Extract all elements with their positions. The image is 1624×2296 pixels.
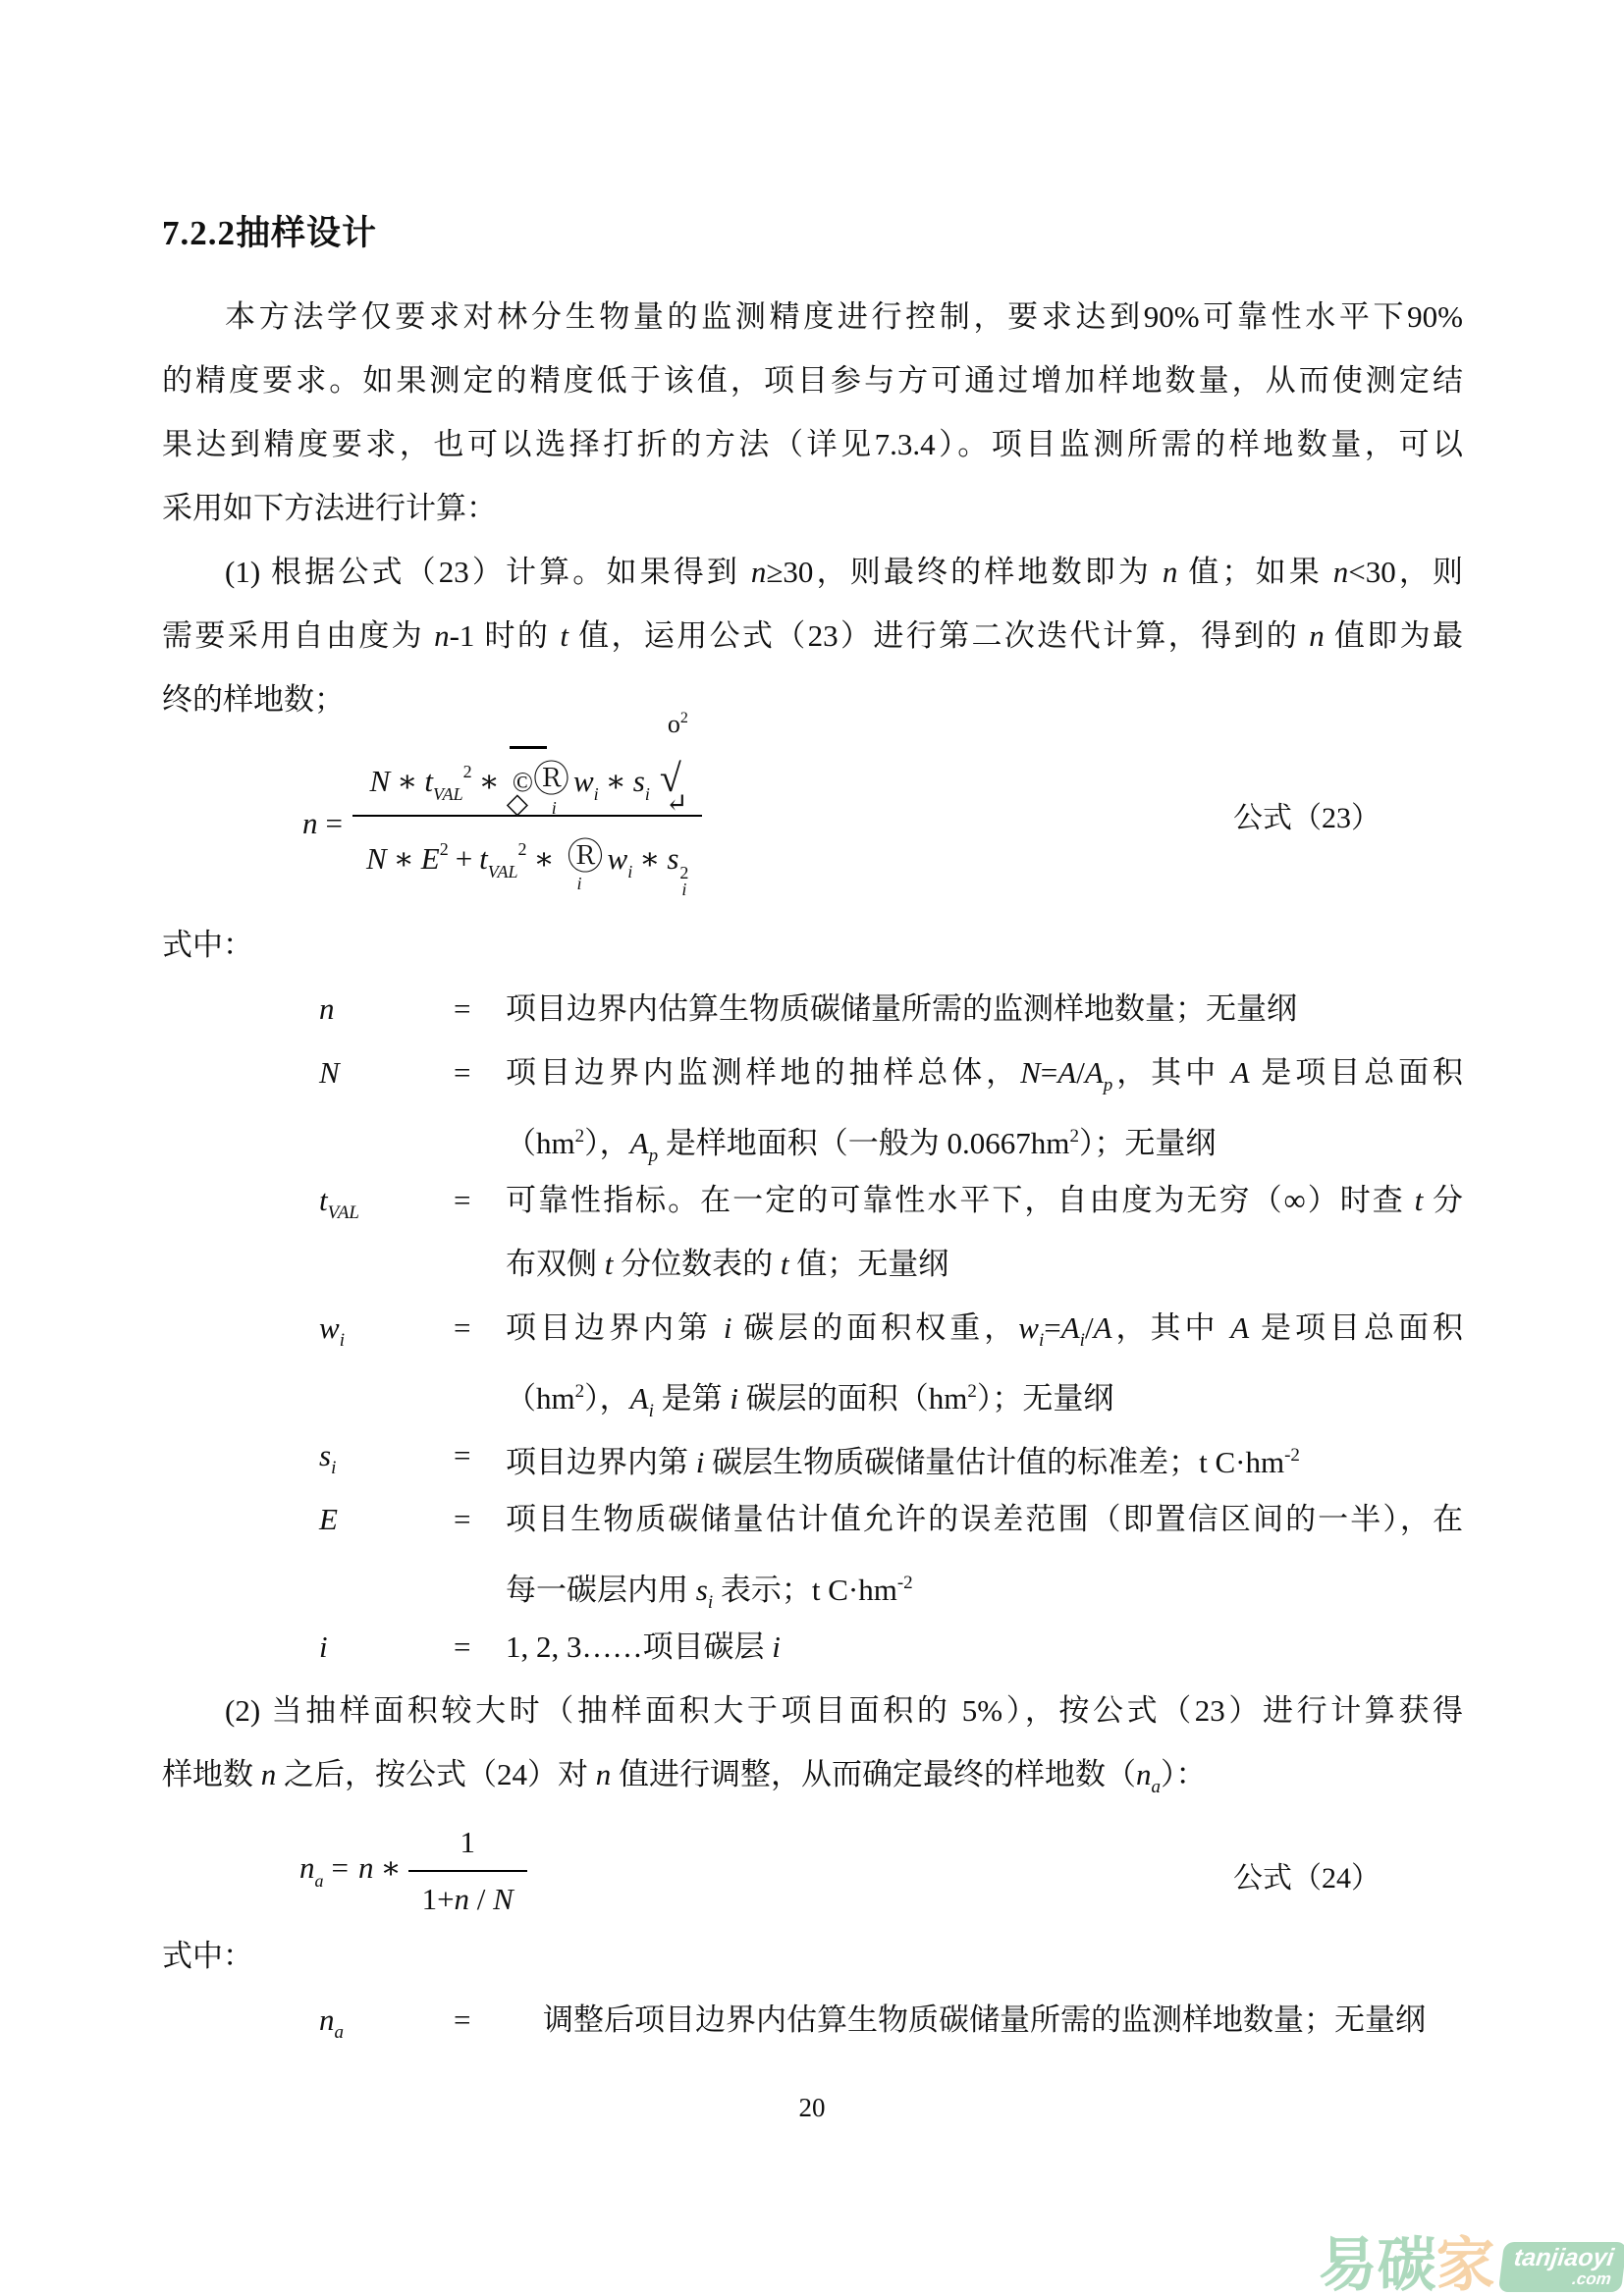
text-segment: 碳层的面积权重，: [731, 1310, 1018, 1345]
text-segment: ），: [584, 1381, 630, 1415]
text-segment: A: [630, 1126, 649, 1160]
formula-23-numerator: N∗tVAL2∗©Ⓡ◇iwi∗sio2√↵: [352, 747, 702, 815]
equals-sign: =: [454, 1423, 506, 1487]
text-segment: A: [630, 1381, 649, 1415]
text-line: 项目边界内第 i 碳层生物质碳储量估计值的标准差；t C·hm-2: [506, 1423, 1463, 1487]
overline-mark: [510, 746, 547, 749]
text-segment: i: [319, 1629, 328, 1664]
where-label: 式中：: [162, 913, 1463, 977]
text-line: 样地数 n 之后，按公式（24）对 n 值进行调整，从而确定最终的样地数（na）…: [162, 1742, 1463, 1806]
text-segment: 样地数: [162, 1757, 261, 1791]
text-segment: ，其中: [1112, 1310, 1231, 1345]
text-segment: i: [772, 1629, 781, 1664]
text-line: 终的样地数；: [162, 667, 1463, 731]
text-segment: 项目边界内估算生物质碳储量所需的监测样地数量；无量纲: [506, 991, 1297, 1026]
text-segment: 调整后项目边界内估算生物质碳储量所需的监测样地数量；无量纲: [543, 2002, 1426, 2037]
text-segment: 需要采用自由度为: [162, 618, 434, 653]
text-line: （hm2），Ai 是第 i 碳层的面积（hm2）；无量纲: [506, 1360, 1463, 1423]
text-segment: N: [1020, 1055, 1041, 1090]
text-segment: t: [319, 1183, 328, 1217]
text-segment: n: [1333, 555, 1349, 589]
text-segment: ）：: [1161, 1757, 1207, 1791]
text-segment: ）；无量纲: [977, 1381, 1114, 1415]
text-segment: =: [1041, 1055, 1057, 1090]
body-text-block-3: 式中： na=调整后项目边界内估算生物质碳储量所需的监测样地数量；无量纲: [162, 1924, 1463, 2052]
text-line: 每一碳层内用 si 表示；t C·hm-2: [506, 1551, 1463, 1615]
text-segment: 值进行调整，从而确定最终的样地数（: [611, 1757, 1136, 1791]
text-segment: a: [335, 2022, 345, 2043]
watermark-logo: 易 碳 家 tanjiaoyi .com: [1319, 2237, 1624, 2294]
text-line: 项目边界内监测样地的抽样总体，N=A/Ap，其中 A 是项目总面积: [506, 1041, 1463, 1104]
text-segment: <30，则: [1348, 555, 1463, 589]
paragraph-step2: (2) 当抽样面积较大时（抽样面积大于项目面积的 5%），按公式（23）进行计算…: [162, 1679, 1463, 1806]
text-segment: 2: [575, 1381, 585, 1402]
text-segment: s: [319, 1438, 331, 1472]
text-segment: （hm: [506, 1126, 575, 1160]
text-line: 项目边界内估算生物质碳储量所需的监测样地数量；无量纲: [506, 977, 1463, 1041]
text-segment: i: [340, 1330, 345, 1351]
text-segment: A: [1230, 1310, 1249, 1345]
text-line: （hm2），Ap 是样地面积（一般为 0.0667hm2）；无量纲: [506, 1104, 1463, 1168]
text-segment: 碳层生物质碳储量估计值的标准差；t C·hm: [704, 1445, 1284, 1479]
text-segment: (1) 根据公式（23）计算。如果得到: [225, 555, 751, 589]
text-segment: A: [1094, 1310, 1112, 1345]
definition-term: n: [162, 977, 454, 1041]
text-line: 布双侧 t 分位数表的 t 值；无量纲: [506, 1232, 1463, 1296]
formula-23-block: n= N∗tVAL2∗©Ⓡ◇iwi∗sio2√↵ N∗E2+tVAL2∗Ⓡiwi…: [0, 736, 1624, 923]
text-segment: 本方法学仅要求对林分生物量的监测精度进行控制，要求达到90%可靠性水平下90%: [225, 299, 1463, 334]
definition-row: wi=项目边界内第 i 碳层的面积权重，wi=Ai/A，其中 A 是项目总面积（…: [162, 1296, 1463, 1423]
text-segment: 果达到精度要求，也可以选择打折的方法（详见7.3.4）。项目监测所需的样地数量，…: [162, 427, 1463, 461]
document-page: 7.2.2抽样设计 本方法学仅要求对林分生物量的监测精度进行控制，要求达到90%…: [0, 0, 1624, 2296]
text-line: (1) 根据公式（23）计算。如果得到 n≥30，则最终的样地数即为 n 值；如…: [162, 540, 1463, 604]
definition-description: 项目生物质碳储量估计值允许的误差范围（即置信区间的一半），在每一碳层内用 si …: [506, 1487, 1463, 1615]
text-segment: 表示；t C·hm: [713, 1573, 897, 1607]
text-line: 项目生物质碳储量估计值允许的误差范围（即置信区间的一半），在: [506, 1487, 1463, 1551]
where-label: 式中：: [162, 1924, 1463, 1988]
text-line: 项目边界内第 i 碳层的面积权重，wi=Ai/A，其中 A 是项目总面积: [506, 1296, 1463, 1360]
text-line: 需要采用自由度为 n-1 时的 t 值，运用公式（23）进行第二次迭代计算，得到…: [162, 604, 1463, 667]
text-segment: 值，运用公式（23）进行第二次迭代计算，得到的: [568, 618, 1309, 653]
text-segment: 2: [575, 1126, 585, 1147]
text-segment: t: [781, 1247, 789, 1281]
text-segment: A: [1231, 1055, 1250, 1090]
text-segment: n: [1309, 618, 1325, 653]
text-segment: w: [1018, 1310, 1039, 1345]
equals-sign: =: [454, 1487, 506, 1551]
definition-term: si: [162, 1423, 454, 1487]
text-line: 调整后项目边界内估算生物质碳储量所需的监测样地数量；无量纲: [506, 1988, 1463, 2052]
text-segment: 2: [967, 1381, 977, 1402]
text-segment: t: [560, 618, 568, 653]
definition-row: n=项目边界内估算生物质碳储量所需的监测样地数量；无量纲: [162, 977, 1463, 1041]
text-segment: s: [696, 1573, 708, 1607]
definition-description: 项目边界内估算生物质碳储量所需的监测样地数量；无量纲: [506, 977, 1463, 1041]
definition-term: tVAL: [162, 1168, 454, 1232]
definition-description: 调整后项目边界内估算生物质碳储量所需的监测样地数量；无量纲: [506, 1988, 1463, 2052]
text-segment: ），: [584, 1126, 630, 1160]
text-line: 可靠性指标。在一定的可靠性水平下，自由度为无穷（∞）时查 t 分: [506, 1168, 1463, 1232]
text-segment: E: [319, 1502, 338, 1536]
formula-24-fraction: 1 1+n / N: [408, 1823, 527, 1919]
paragraph-step1: (1) 根据公式（23）计算。如果得到 n≥30，则最终的样地数即为 n 值；如…: [162, 540, 1463, 731]
definition-description: 项目边界内第 i 碳层的面积权重，wi=Ai/A，其中 A 是项目总面积（hm2…: [506, 1296, 1463, 1423]
text-segment: ≥30，则最终的样地数即为: [766, 555, 1162, 589]
text-segment: 值即为最: [1325, 618, 1463, 653]
text-segment: -1 时的: [450, 618, 561, 653]
text-segment: 是项目总面积: [1249, 1310, 1463, 1345]
paragraph-intro: 本方法学仅要求对林分生物量的监测精度进行控制，要求达到90%可靠性水平下90%的…: [162, 285, 1463, 540]
text-segment: 是项目总面积: [1250, 1055, 1463, 1090]
text-segment: a: [1152, 1777, 1162, 1797]
equals-sign: =: [454, 1615, 506, 1679]
formula-23-lhs: n=: [302, 806, 352, 841]
equals-sign: =: [454, 977, 506, 1041]
text-segment: 分位数表的: [613, 1247, 781, 1281]
definition-description: 项目边界内监测样地的抽样总体，N=A/Ap，其中 A 是项目总面积（hm2），A…: [506, 1041, 1463, 1168]
text-segment: -2: [897, 1573, 913, 1593]
text-segment: A: [1061, 1310, 1080, 1345]
text-segment: p: [649, 1146, 659, 1166]
definition-term: na: [162, 1988, 454, 2052]
text-segment: w: [319, 1310, 340, 1345]
text-segment: ）；无量纲: [1079, 1126, 1217, 1160]
text-segment: n: [596, 1757, 612, 1791]
watermark-char-tan: 碳: [1378, 2237, 1436, 2294]
equals-sign: =: [454, 1296, 506, 1360]
text-segment: t: [1415, 1183, 1424, 1217]
text-segment: VAL: [328, 1202, 359, 1223]
equals-sign: =: [454, 1168, 506, 1232]
text-segment: n: [1163, 555, 1178, 589]
text-segment: 终的样地数；: [162, 682, 345, 717]
text-segment: (2) 当抽样面积较大时（抽样面积大于项目面积的 5%），按公式（23）进行计算…: [225, 1693, 1463, 1728]
text-segment: N: [319, 1055, 340, 1090]
definition-description: 可靠性指标。在一定的可靠性水平下，自由度为无穷（∞）时查 t 分布双侧 t 分位…: [506, 1168, 1463, 1296]
definition-row: N=项目边界内监测样地的抽样总体，N=A/Ap，其中 A 是项目总面积（hm2）…: [162, 1041, 1463, 1168]
text-segment: 分: [1423, 1183, 1463, 1217]
text-line: 采用如下方法进行计算：: [162, 476, 1463, 540]
text-line: 本方法学仅要求对林分生物量的监测精度进行控制，要求达到90%可靠性水平下90%: [162, 285, 1463, 348]
equals-sign: =: [454, 1041, 506, 1104]
definition-row: si=项目边界内第 i 碳层生物质碳储量估计值的标准差；t C·hm-2: [162, 1423, 1463, 1487]
definition-list-2: na=调整后项目边界内估算生物质碳储量所需的监测样地数量；无量纲: [162, 1988, 1463, 2052]
text-segment: 是第: [654, 1381, 731, 1415]
text-line: 1, 2, 3……项目碳层 i: [506, 1615, 1463, 1679]
text-segment: A: [1085, 1055, 1104, 1090]
formula-24-lhs: na=n∗: [299, 1850, 408, 1892]
text-segment: /: [1085, 1310, 1094, 1345]
text-segment: 值；无量纲: [789, 1247, 949, 1281]
formula-23: n= N∗tVAL2∗©Ⓡ◇iwi∗sio2√↵ N∗E2+tVAL2∗Ⓡiwi…: [302, 736, 702, 911]
definition-row: tVAL=可靠性指标。在一定的可靠性水平下，自由度为无穷（∞）时查 t 分布双侧…: [162, 1168, 1463, 1296]
definition-term: E: [162, 1487, 454, 1551]
text-segment: n: [319, 2002, 335, 2037]
garbled-sum-icon: ©Ⓡ◇i: [513, 749, 569, 802]
page-number: 20: [0, 2093, 1624, 2123]
formula-24-label: 公式（24）: [1233, 1853, 1380, 1896]
text-segment: n: [434, 618, 450, 653]
text-segment: 布双侧: [506, 1247, 605, 1281]
text-segment: 是样地面积（一般为 0.0667hm: [658, 1126, 1069, 1160]
definition-term: i: [162, 1615, 454, 1679]
body-text-block-2: 式中： n=项目边界内估算生物质碳储量所需的监测样地数量；无量纲N=项目边界内监…: [162, 913, 1463, 1806]
text-segment: 可靠性指标。在一定的可靠性水平下，自由度为无穷（∞）时查: [506, 1183, 1415, 1217]
formula-24-block: na=n∗ 1 1+n / N 公式（24）: [0, 1814, 1624, 1932]
text-segment: 之后，按公式（24）对: [276, 1757, 596, 1791]
text-segment: -2: [1284, 1445, 1300, 1466]
watermark-domain-top: tanjiaoyi: [1512, 2245, 1615, 2270]
definition-row: E=项目生物质碳储量估计值允许的误差范围（即置信区间的一半），在每一碳层内用 s…: [162, 1487, 1463, 1615]
text-segment: 采用如下方法进行计算：: [162, 491, 497, 525]
section-heading: 7.2.2抽样设计: [162, 206, 377, 255]
formula-24-denominator: 1+n / N: [408, 1870, 527, 1919]
text-segment: A: [1057, 1055, 1076, 1090]
garbled-sum-icon: Ⓡi: [568, 827, 604, 880]
definition-term: N: [162, 1041, 454, 1104]
formula-24-numerator: 1: [408, 1823, 527, 1870]
text-segment: i: [331, 1458, 336, 1478]
text-segment: =: [1044, 1310, 1060, 1345]
text-segment: n: [319, 991, 335, 1026]
text-line: 的精度要求。如果测定的精度低于该值，项目参与方可通过增加样地数量，从而使测定结: [162, 348, 1463, 412]
text-segment: （hm: [506, 1381, 575, 1415]
text-segment: 每一碳层内用: [506, 1573, 696, 1607]
watermark-char-jia: 家: [1436, 2237, 1495, 2294]
formula-23-label: 公式（23）: [1233, 793, 1380, 836]
garbled-root-icon: o2√↵: [656, 755, 685, 801]
text-line: (2) 当抽样面积较大时（抽样面积大于项目面积的 5%），按公式（23）进行计算…: [162, 1679, 1463, 1742]
formula-23-fraction: N∗tVAL2∗©Ⓡ◇iwi∗sio2√↵ N∗E2+tVAL2∗Ⓡiwi∗s2…: [352, 747, 702, 900]
text-line: 果达到精度要求，也可以选择打折的方法（详见7.3.4）。项目监测所需的样地数量，…: [162, 412, 1463, 476]
text-segment: n: [1136, 1757, 1152, 1791]
body-text-block-1: 本方法学仅要求对林分生物量的监测精度进行控制，要求达到90%可靠性水平下90%的…: [162, 285, 1463, 731]
text-segment: n: [261, 1757, 277, 1791]
watermark-domain-bottom: .com: [1510, 2270, 1612, 2287]
text-segment: 的精度要求。如果测定的精度低于该值，项目参与方可通过增加样地数量，从而使测定结: [162, 363, 1463, 398]
text-segment: 项目边界内第: [506, 1445, 696, 1479]
formula-23-denominator: N∗E2+tVAL2∗Ⓡiwi∗s2i: [352, 815, 702, 900]
definition-description: 1, 2, 3……项目碳层 i: [506, 1615, 1463, 1679]
definition-list-1: n=项目边界内估算生物质碳储量所需的监测样地数量；无量纲N=项目边界内监测样地的…: [162, 977, 1463, 1679]
text-segment: p: [1104, 1075, 1113, 1095]
definition-row: na=调整后项目边界内估算生物质碳储量所需的监测样地数量；无量纲: [162, 1988, 1463, 2052]
text-segment: ，其中: [1112, 1055, 1230, 1090]
text-segment: 1, 2, 3……项目碳层: [506, 1629, 772, 1664]
definition-row: i=1, 2, 3……项目碳层 i: [162, 1615, 1463, 1679]
text-segment: 项目边界内第: [506, 1310, 724, 1345]
watermark-domain-badge: tanjiaoyi .com: [1497, 2242, 1624, 2292]
formula-24: na=n∗ 1 1+n / N: [299, 1814, 527, 1927]
text-segment: 2: [1069, 1126, 1079, 1147]
text-segment: 项目生物质碳储量估计值允许的误差范围（即置信区间的一半），在: [506, 1502, 1463, 1536]
equals-sign: =: [454, 1988, 506, 2052]
text-segment: i: [730, 1381, 738, 1415]
watermark-char-yi: 易: [1319, 2237, 1378, 2294]
text-segment: 值；如果: [1177, 555, 1332, 589]
text-segment: 碳层的面积（hm: [738, 1381, 967, 1415]
text-segment: 项目边界内监测样地的抽样总体，: [506, 1055, 1020, 1090]
definition-term: wi: [162, 1296, 454, 1360]
text-segment: /: [1076, 1055, 1085, 1090]
text-segment: n: [751, 555, 767, 589]
definition-description: 项目边界内第 i 碳层生物质碳储量估计值的标准差；t C·hm-2: [506, 1423, 1463, 1487]
